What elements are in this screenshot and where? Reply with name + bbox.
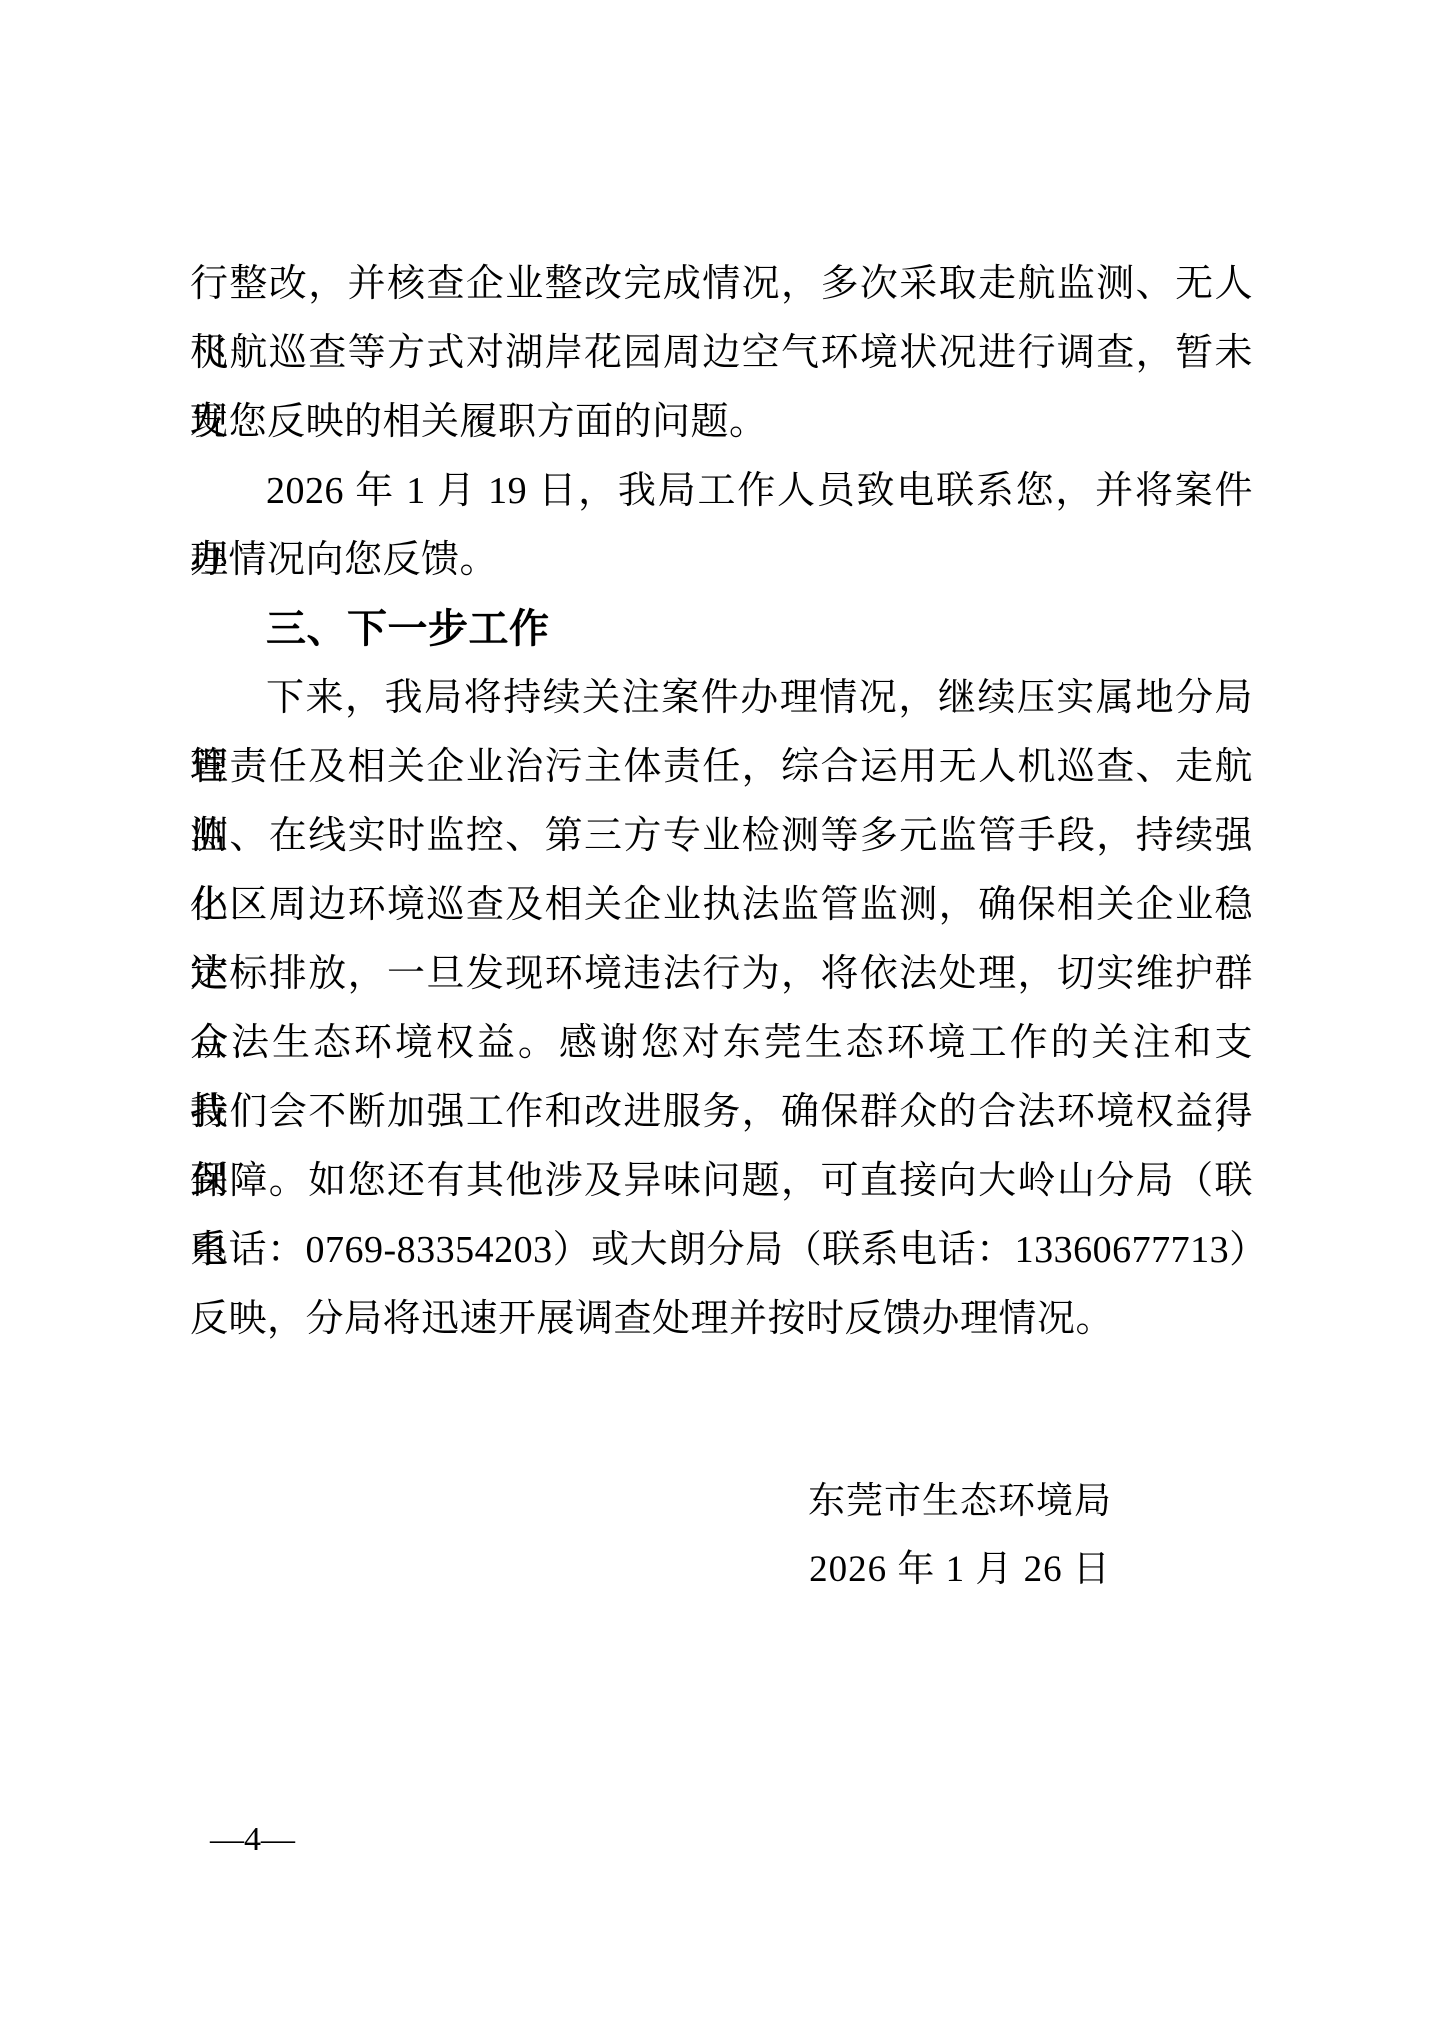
document-page: 行整改，并核查企业整改完成情况，多次采取走航监测、无人机 飞航巡查等方式对湖岸花… xyxy=(0,0,1440,2037)
body-line: 行整改，并核查企业整改完成情况，多次采取走航监测、无人机 xyxy=(190,250,1253,319)
section-heading-next-steps: 三、下一步工作 xyxy=(190,595,1253,664)
body-line: 保障。如您还有其他涉及异味问题，可直接向大岭山分局（联系 xyxy=(190,1147,1253,1216)
body-line: 合法生态环境权益。感谢您对东莞生态环境工作的关注和支持， xyxy=(190,1009,1253,1078)
body-line: 我们会不断加强工作和改进服务，确保群众的合法环境权益得到 xyxy=(190,1078,1253,1147)
body-line: 下来，我局将持续关注案件办理情况，继续压实属地分局管 xyxy=(190,664,1253,733)
body-line: 反映，分局将迅速开展调查处理并按时反馈办理情况。 xyxy=(190,1285,1253,1354)
body-line: 现您反映的相关履职方面的问题。 xyxy=(190,388,1253,457)
body-line: 理情况向您反馈。 xyxy=(190,526,1253,595)
body-line: 达标排放，一旦发现环境违法行为，将依法处理，切实维护群众 xyxy=(190,940,1253,1009)
signature-block: 东莞市生态环境局 2026 年 1 月 26 日 xyxy=(735,1468,1185,1604)
body-line: 飞航巡查等方式对湖岸花园周边空气环境状况进行调查，暂未发 xyxy=(190,319,1253,388)
body-line: 2026 年 1 月 19 日，我局工作人员致电联系您，并将案件办 xyxy=(190,457,1253,526)
body-line: 测、在线实时监控、第三方专业检测等多元监管手段，持续强化 xyxy=(190,802,1253,871)
signature-org: 东莞市生态环境局 xyxy=(735,1468,1185,1536)
body-line: 理责任及相关企业治污主体责任，综合运用无人机巡查、走航监 xyxy=(190,733,1253,802)
letter-body: 行整改，并核查企业整改完成情况，多次采取走航监测、无人机 飞航巡查等方式对湖岸花… xyxy=(190,250,1253,1354)
page-number: —4— xyxy=(210,1820,295,1860)
body-line: 小区周边环境巡查及相关企业执法监管监测，确保相关企业稳定 xyxy=(190,871,1253,940)
signature-date: 2026 年 1 月 26 日 xyxy=(735,1536,1185,1604)
body-line: 电话：0769-83354203）或大朗分局（联系电话：13360677713） xyxy=(190,1216,1253,1285)
